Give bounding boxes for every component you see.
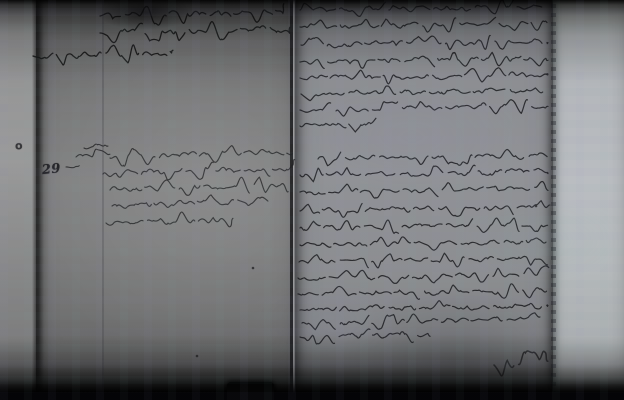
manuscript-photo: o 29: [0, 0, 624, 400]
photo-vignette: [0, 0, 624, 400]
